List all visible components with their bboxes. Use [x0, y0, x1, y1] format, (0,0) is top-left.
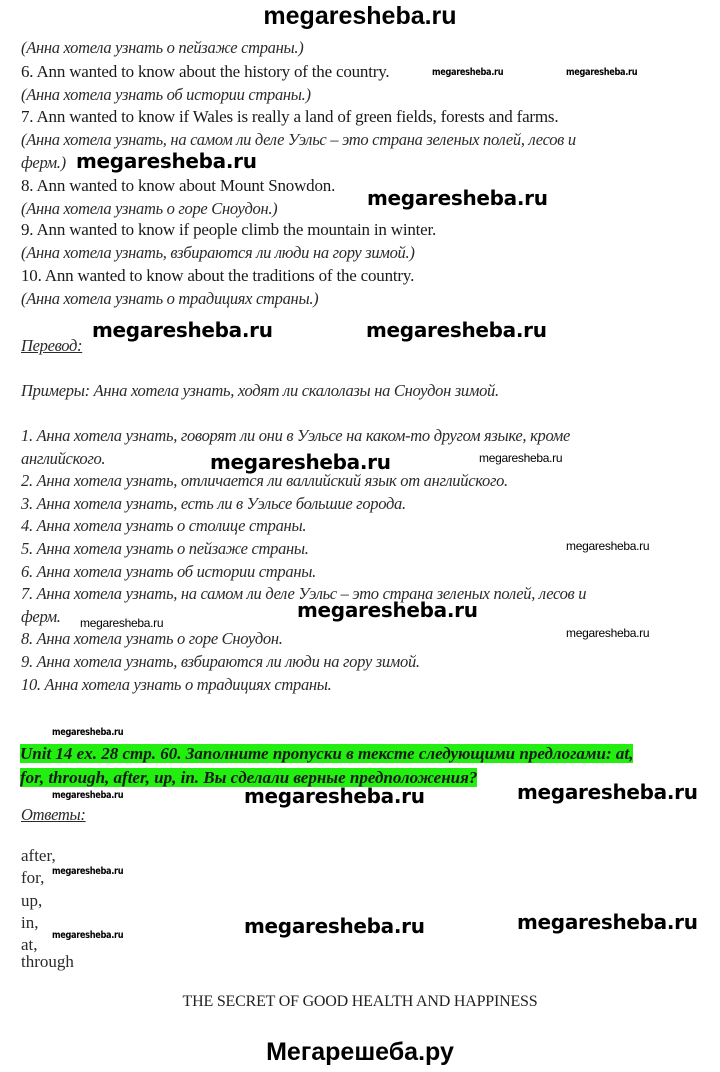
translation-line: английского.: [21, 449, 105, 469]
translation-line: 4. Анна хотела узнать о столице страны.: [21, 516, 306, 536]
translation-line: 1. Анна хотела узнать, говорят ли они в …: [21, 426, 570, 446]
watermark: megaresheba.ru: [244, 914, 425, 938]
translation-line: 5. Анна хотела узнать о пейзаже страны.: [21, 539, 309, 559]
answer-item: for,: [21, 868, 44, 888]
text-line: (Анна хотела узнать об истории страны.): [21, 85, 311, 105]
watermark: megaresheba.ru: [517, 910, 698, 934]
watermark: megaresheba.ru: [52, 790, 123, 801]
watermark: megaresheba.ru: [52, 930, 123, 941]
text-line: (Анна хотела узнать, на самом ли деле Уэ…: [21, 130, 576, 150]
text-line: 7. Ann wanted to know if Wales is really…: [21, 107, 558, 127]
text-line: 8. Ann wanted to know about Mount Snowdo…: [21, 176, 335, 196]
watermark: megaresheba.ru: [432, 67, 503, 78]
translation-example: Примеры: Анна хотела узнать, ходят ли ск…: [21, 381, 499, 401]
answer-item: in,: [21, 913, 38, 933]
answer-item: through: [21, 952, 74, 972]
header-watermark: megaresheba.ru: [0, 2, 720, 31]
text-line: (Анна хотела узнать, взбираются ли люди …: [21, 243, 415, 263]
text-line: ферм.): [21, 153, 66, 173]
next-section-title: THE SECRET OF GOOD HEALTH AND HAPPINESS: [0, 993, 720, 1011]
task-line-1: Unit 14 ex. 28 стр. 60. Заполните пропус…: [20, 744, 633, 763]
watermark: megaresheba.ru: [76, 149, 257, 173]
watermark: megaresheba.ru: [80, 616, 163, 630]
watermark: megaresheba.ru: [52, 727, 123, 738]
watermark: megaresheba.ru: [367, 186, 548, 210]
watermark: megaresheba.ru: [566, 539, 649, 553]
watermark: megaresheba.ru: [92, 318, 273, 342]
watermark: megaresheba.ru: [517, 780, 698, 804]
text-line: (Анна хотела узнать о традициях страны.): [21, 289, 318, 309]
text-line: 9. Ann wanted to know if people climb th…: [21, 220, 436, 240]
text-line: 6. Ann wanted to know about the history …: [21, 62, 389, 82]
watermark: megaresheba.ru: [244, 784, 425, 808]
answer-item: after,: [21, 846, 56, 866]
footer-watermark: Мегарешеба.ру: [0, 1038, 720, 1067]
translation-line: 2. Анна хотела узнать, отличается ли вал…: [21, 471, 508, 491]
translation-line: 10. Анна хотела узнать о традициях стран…: [21, 675, 332, 695]
watermark: megaresheba.ru: [366, 318, 547, 342]
watermark: megaresheba.ru: [52, 866, 123, 877]
translation-line: 6. Анна хотела узнать об истории страны.: [21, 562, 316, 582]
translation-line: ферм.: [21, 607, 61, 627]
translation-heading: Перевод:: [21, 336, 82, 356]
answers-heading: Ответы:: [21, 805, 86, 825]
answer-item: up,: [21, 891, 42, 911]
watermark: megaresheba.ru: [479, 451, 562, 465]
watermark: megaresheba.ru: [297, 598, 478, 622]
translation-line: 8. Анна хотела узнать о горе Сноудон.: [21, 629, 283, 649]
translation-line: 3. Анна хотела узнать, есть ли в Уэльсе …: [21, 494, 406, 514]
watermark: megaresheba.ru: [566, 626, 649, 640]
translation-line: 9. Анна хотела узнать, взбираются ли люд…: [21, 652, 420, 672]
watermark: megaresheba.ru: [566, 67, 637, 78]
text-line: (Анна хотела узнать о пейзаже страны.): [21, 38, 303, 58]
text-line: 10. Ann wanted to know about the traditi…: [21, 266, 414, 286]
text-line: (Анна хотела узнать о горе Сноудон.): [21, 199, 277, 219]
